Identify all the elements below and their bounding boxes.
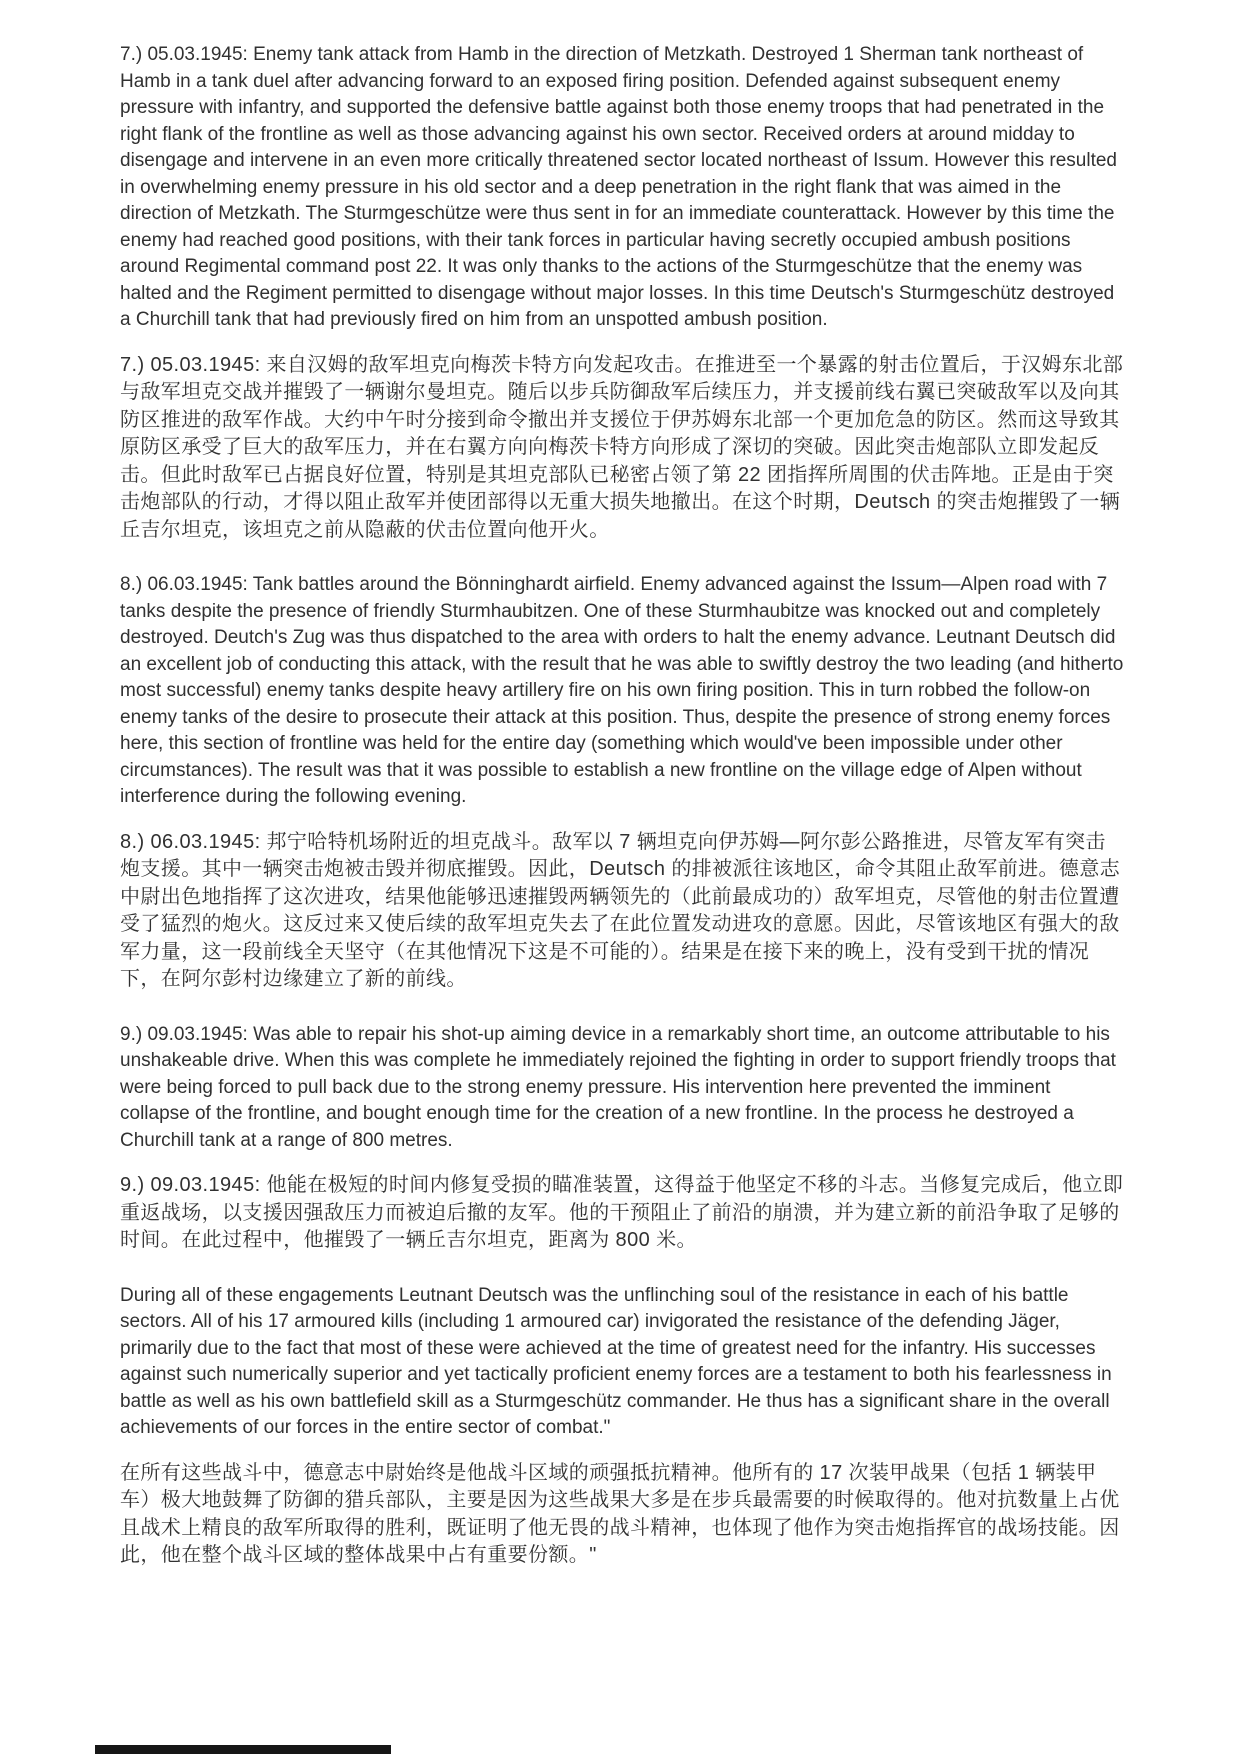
entry-8: 8.) 06.03.1945: Tank battles around the … [120, 572, 1124, 994]
entry-9: 9.) 09.03.1945: Was able to repair his s… [120, 1022, 1124, 1255]
document-page: 7.) 05.03.1945: Enemy tank attack from H… [120, 42, 1124, 1598]
paragraph-8-chinese: 8.) 06.03.1945: 邦宁哈特机场附近的坦克战斗。敌军以 7 辆坦克向… [120, 829, 1124, 994]
summary-paragraph-chinese: 在所有这些战斗中，德意志中尉始终是他战斗区域的顽强抵抗精神。他所有的 17 次装… [120, 1460, 1124, 1570]
summary-paragraph-english: During all of these engagements Leutnant… [120, 1283, 1124, 1442]
paragraph-7-english: 7.) 05.03.1945: Enemy tank attack from H… [120, 42, 1124, 334]
paragraph-9-chinese: 9.) 09.03.1945: 他能在极短的时间内修复受损的瞄准装置，这得益于他… [120, 1172, 1124, 1255]
entry-summary: During all of these engagements Leutnant… [120, 1283, 1124, 1570]
paragraph-9-english: 9.) 09.03.1945: Was able to repair his s… [120, 1022, 1124, 1155]
entry-7: 7.) 05.03.1945: Enemy tank attack from H… [120, 42, 1124, 544]
paragraph-8-english: 8.) 06.03.1945: Tank battles around the … [120, 572, 1124, 811]
paragraph-7-chinese: 7.) 05.03.1945: 来自汉姆的敌军坦克向梅茨卡特方向发起攻击。在推进… [120, 352, 1124, 545]
cutoff-black-bar [95, 1745, 391, 1754]
